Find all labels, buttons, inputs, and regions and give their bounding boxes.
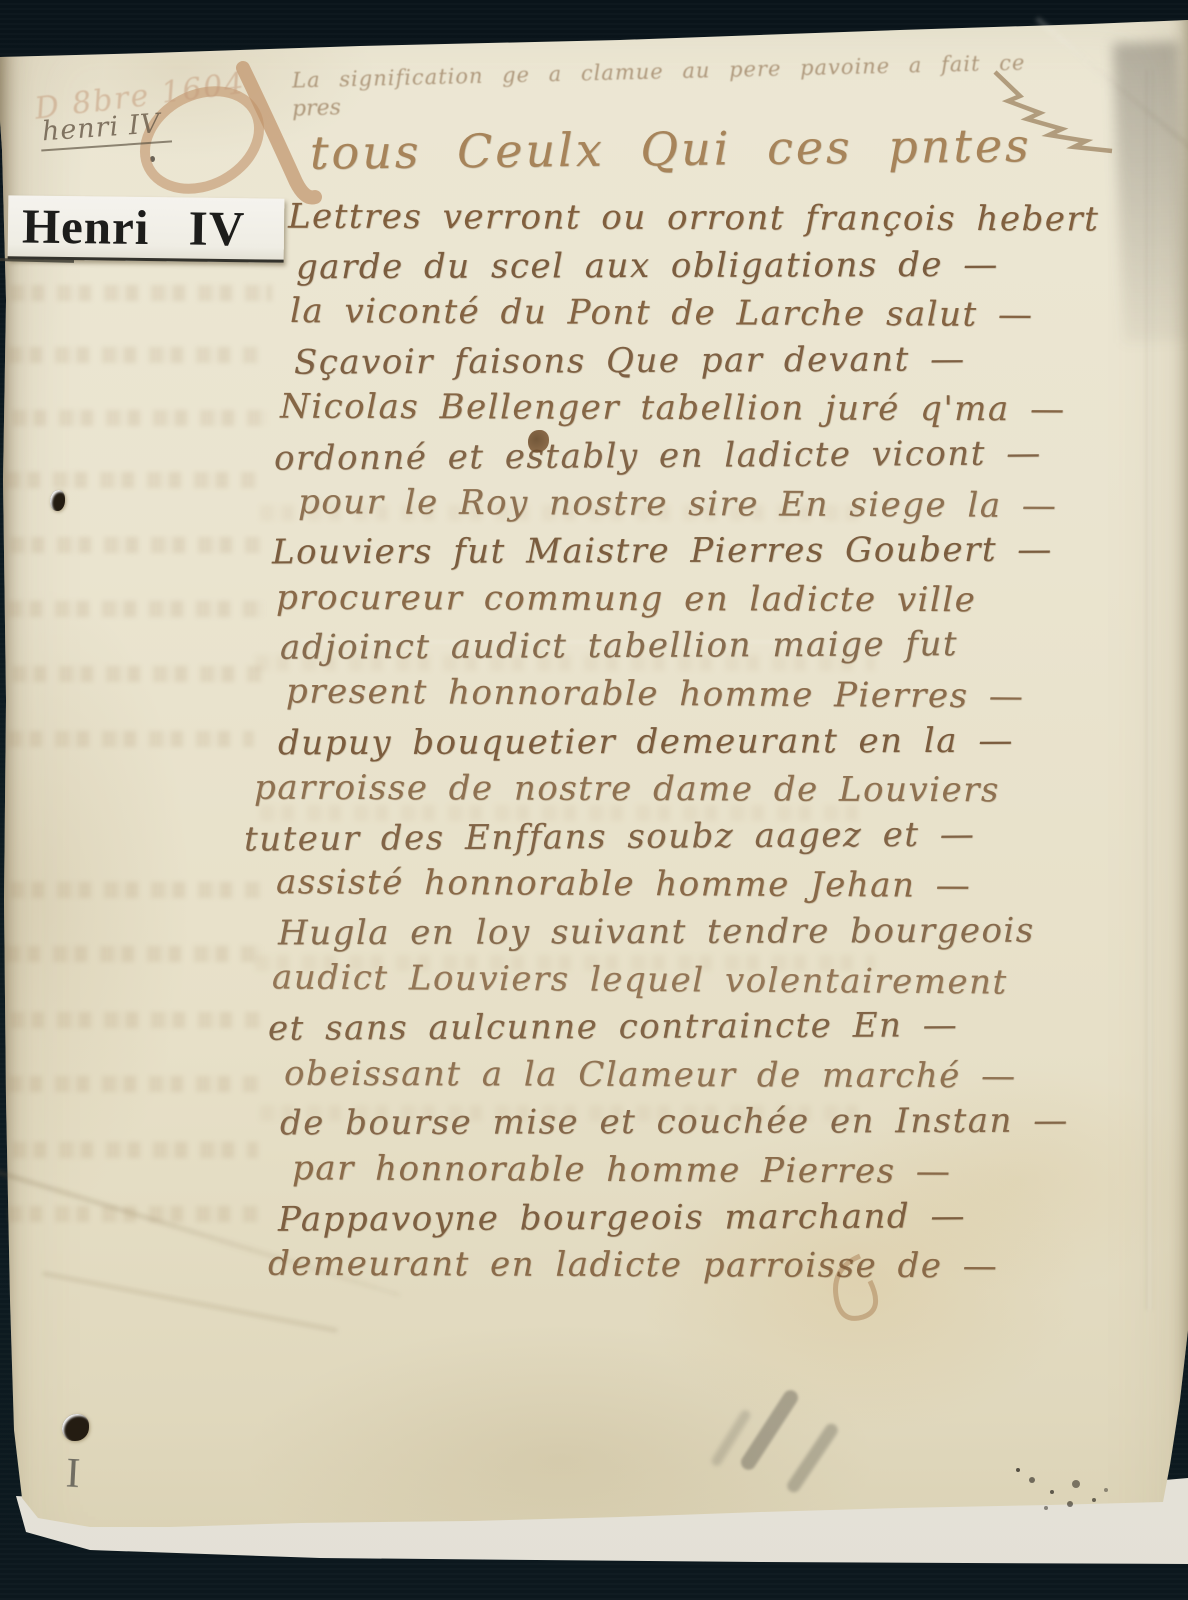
- manuscript-line: demeurant en ladicte parroisse de —: [268, 1244, 998, 1287]
- manuscript-line: dupuy bouquetier demeurant en la —: [278, 720, 1014, 763]
- manuscript-line: garde du scel aux obligations de —: [296, 244, 999, 286]
- manuscript-line: ordonné et estably en ladicte vicont —: [274, 433, 1042, 478]
- manuscript-line: la viconté du Pont de Larche salut —: [290, 291, 1034, 335]
- manuscript-line: Lettres verront ou orront françois heber…: [288, 197, 1099, 240]
- manuscript-line: assisté honnorable homme Jehan —: [276, 863, 971, 907]
- manuscript-lines: tous Ceulx Qui ces pntesLettres verront …: [0, 0, 1188, 1600]
- manuscript-line: audict Louviers lequel volentairement: [272, 957, 1008, 1002]
- manuscript-line: par honnorable homme Pierres —: [292, 1148, 952, 1191]
- manuscript-line: et sans aulcunne contraincte En —: [268, 1005, 958, 1049]
- manuscript-line: de bourse mise et couchée en Instan —: [280, 1101, 1069, 1144]
- photo-canvas: { "colors": { "background": "#0d1b21", "…: [0, 0, 1188, 1600]
- manuscript-line: Nicolas Bellenger tabellion juré q'ma —: [280, 387, 1066, 430]
- manuscript-line: tuteur des Enffans soubz aagez et —: [244, 814, 976, 859]
- manuscript-line: Pappavoyne bourgeois marchand —: [278, 1196, 966, 1240]
- manuscript-line: tous Ceulx Qui ces pntes: [310, 118, 1032, 180]
- manuscript-line: Sçavoir faisons Que par devant —: [294, 339, 966, 383]
- manuscript-line: Hugla en loy suivant tendre bourgeois: [278, 911, 1035, 954]
- manuscript-line: obeissant a la Clameur de marché —: [284, 1054, 1017, 1097]
- manuscript-line: Louviers fut Maistre Pierres Goubert —: [272, 530, 1053, 573]
- manuscript-line: procureur commung en ladicte ville: [276, 578, 976, 620]
- manuscript-line: adjoinct audict tabellion maige fut: [280, 625, 958, 669]
- manuscript-line: present honnorable homme Pierres —: [286, 671, 1025, 716]
- manuscript-line: pour le Roy nostre sire En siege la —: [298, 482, 1058, 526]
- manuscript-line: parroisse de nostre dame de Louviers: [254, 768, 1000, 811]
